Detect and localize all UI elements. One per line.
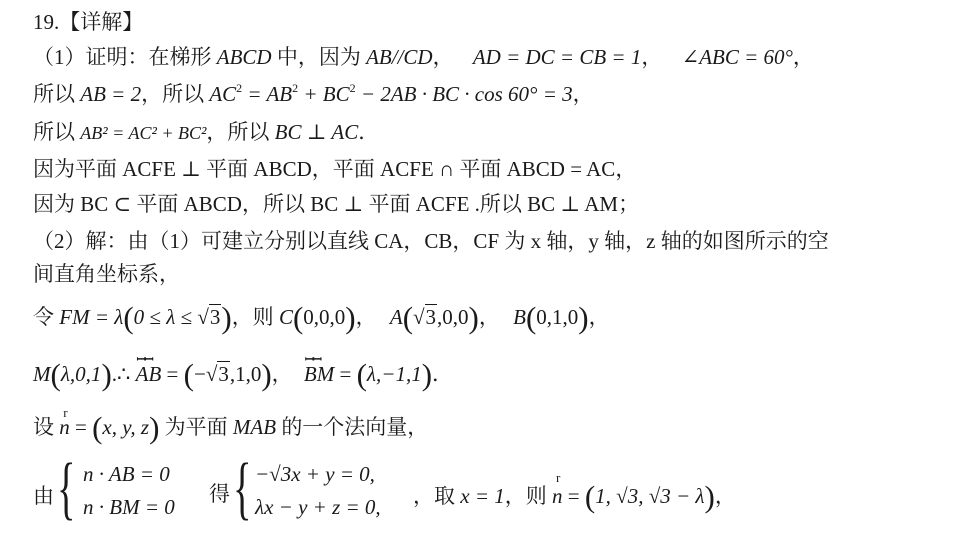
math-x-equals-1: x = 1 — [460, 484, 505, 508]
part2-line1: （2）解：由（1）可建立分别以直线 CA，CB，CF 为 x 轴，y 轴，z 轴… — [33, 227, 829, 255]
part2-line2: 间直角坐标系， — [33, 260, 180, 288]
part1-line5: 因为 BC ⊂ 平面 ABCD，所以 BC ⊥ 平面 ACFE .所以 BC ⊥… — [33, 190, 639, 218]
text: 中，因为 — [272, 45, 367, 69]
rest: 2AB · BC · cos 60° = 3 — [380, 82, 572, 106]
coords: 0,1,0 — [536, 305, 578, 329]
vector-accent-icon: ꟷꟷ — [305, 346, 321, 374]
coords: x, y, z — [102, 415, 149, 439]
math-perpendicular: BC ⊥ AC — [275, 120, 359, 144]
text: 因为 BC ⊂ 平面 ABCD，所以 BC ⊥ 平面 ACFE .所以 BC ⊥… — [33, 192, 639, 216]
text: ，所以 — [141, 82, 209, 106]
math-range: 0 ≤ λ ≤ — [134, 305, 198, 329]
vector-accent-icon: r — [556, 470, 560, 486]
text: 由 — [33, 480, 54, 510]
text: 得 — [209, 478, 230, 508]
part2-line4: M(λ,0,1).∴ ꟷꟷAB = (−√3,1,0)， ꟷꟷBM = (λ,−… — [33, 360, 453, 388]
equation-1: −√3x + y = 0, — [255, 462, 381, 487]
text: ， — [793, 45, 814, 69]
label: n — [552, 484, 563, 508]
vector-n: rn — [552, 484, 563, 509]
vector-bm: ꟷꟷBM — [304, 360, 334, 388]
text: ， — [589, 305, 610, 329]
solution-heading: 19.【详解】 — [33, 8, 143, 36]
coords: ,1,0 — [230, 362, 262, 386]
text: ， — [641, 45, 662, 69]
therefore: .∴ — [112, 362, 136, 386]
condition-2: n · BM = 0 — [83, 495, 175, 520]
bc: BC — [323, 82, 350, 106]
text: 因为平面 ACFE ⊥ 平面 ABCD，平面 ACFE ∩ 平面 ABCD = … — [33, 157, 636, 181]
condition-1: n · AB = 0 — [83, 462, 175, 487]
dot-product-conditions: n · AB = 0 n · BM = 0 — [83, 462, 175, 520]
conclusion: ，取 x = 1，则 rn = (1, √3, √3 − λ)， — [413, 480, 736, 510]
text: ， — [715, 484, 736, 508]
text: ，则 — [232, 305, 279, 329]
linear-equations: −√3x + y = 0, λx − y + z = 0, — [255, 462, 381, 520]
vector-n: rn — [59, 413, 70, 441]
text: 所以 — [33, 82, 80, 106]
part2-line3: 令 FM = λ(0 ≤ λ ≤ √3)，则 C(0,0,0)， A(√3,0,… — [33, 303, 610, 331]
text: ． — [432, 362, 453, 386]
text: （2）解：由（1）可建立分别以直线 CA，CB，CF 为 x 轴，y 轴，z 轴… — [33, 229, 829, 253]
math-equal-sides: AD = DC = CB = 1 — [473, 45, 642, 69]
text: ， — [573, 82, 594, 106]
math-trapezoid: ABCD — [217, 45, 272, 69]
text: ， — [433, 45, 454, 69]
sqrt: √3 — [197, 303, 221, 331]
text: 间直角坐标系， — [33, 262, 180, 286]
point-c: C — [279, 305, 293, 329]
text: ，取 — [413, 484, 460, 508]
text: ，则 — [505, 484, 552, 508]
ac: AC — [209, 82, 236, 106]
point-a: A — [390, 305, 403, 329]
vector-ab: ꟷꟷAB — [136, 360, 162, 388]
vector-accent-icon: ꟷꟷ — [137, 346, 153, 374]
text: （1）证明：在梯形 — [33, 45, 217, 69]
text: ， — [356, 305, 377, 329]
normal-vector-coords: 1, √3, √3 − λ — [595, 484, 704, 508]
ab: AB — [266, 82, 292, 106]
text: ，所以 — [206, 120, 274, 144]
left-brace-icon: { — [233, 454, 251, 524]
math-parallel: AB//CD — [366, 45, 433, 69]
math-fm-lambda: FM = λ — [59, 305, 123, 329]
part1-line4: 因为平面 ACFE ⊥ 平面 ABCD，平面 ACFE ∩ 平面 ABCD = … — [33, 155, 636, 183]
math-angle: ∠ABC = 60° — [682, 45, 793, 69]
text: 为平面 — [159, 415, 233, 439]
part1-line1: （1）证明：在梯形 ABCD 中，因为 AB//CD， AD = DC = CB… — [33, 43, 814, 71]
math-ab-equals-2: AB = 2 — [80, 82, 141, 106]
left-brace-icon: { — [57, 454, 75, 524]
vector-accent-icon: r — [63, 399, 67, 427]
radicand: 3 — [209, 304, 222, 329]
coords: λ,−1,1 — [367, 362, 422, 386]
part2-line5: 设 rn = (x, y, z) 为平面 MAB 的一个法向量， — [33, 413, 428, 441]
coords: 0,0,0 — [303, 305, 345, 329]
part1-line3: 所以 AB² = AC² + BC²，所以 BC ⊥ AC． — [33, 118, 379, 147]
equation-2: λx − y + z = 0, — [255, 495, 381, 520]
text: 设 — [33, 415, 59, 439]
coords: λ,0,1 — [61, 362, 102, 386]
math-cosine-law: AC2 = AB2 + BC2 − 2AB · BC · cos 60° = 3 — [209, 82, 572, 106]
text: 所以 — [33, 120, 80, 144]
part1-line2: 所以 AB = 2，所以 AC2 = AB2 + BC2 − 2AB · BC … — [33, 80, 594, 108]
text: 的一个法向量， — [276, 415, 428, 439]
math-pythagoras: AB² = AC² + BC² — [80, 123, 206, 143]
text: ． — [358, 120, 379, 144]
text: 令 — [33, 305, 59, 329]
text: ， — [479, 305, 500, 329]
point-b: B — [513, 305, 526, 329]
heading-text: 19.【详解】 — [33, 10, 143, 34]
point-m: M — [33, 362, 51, 386]
coords: ,0,0 — [437, 305, 469, 329]
plane-mab: MAB — [233, 415, 276, 439]
